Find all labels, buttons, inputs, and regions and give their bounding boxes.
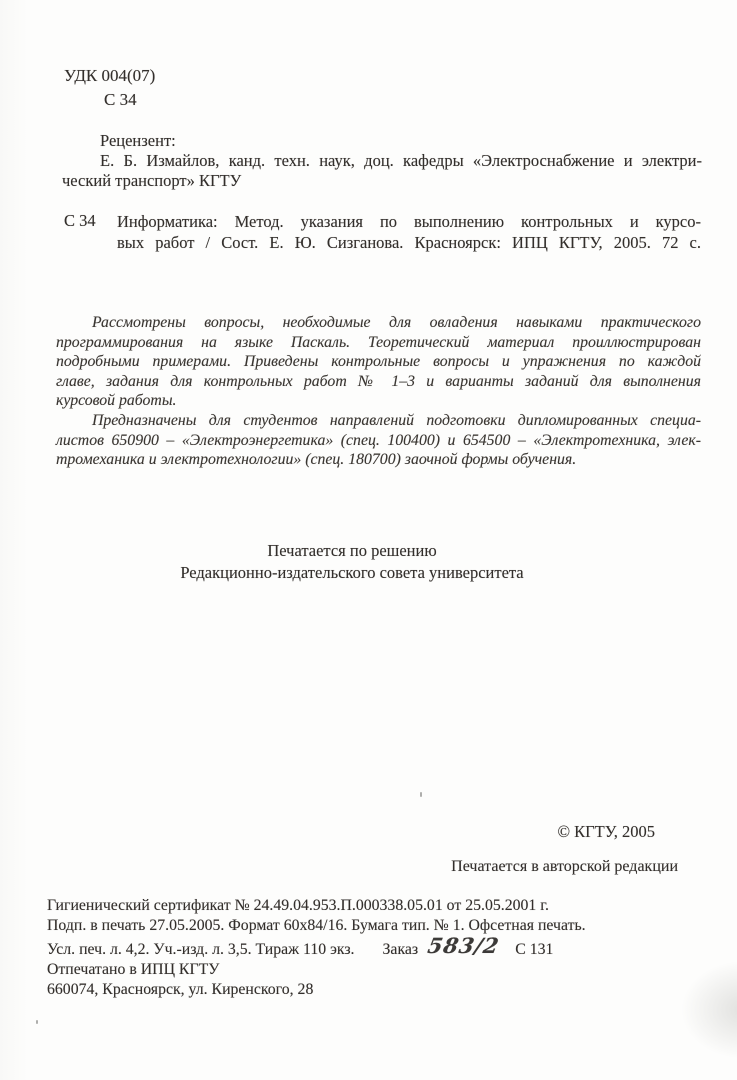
- bibliographic-line: Информатика: Метод. указания по выполнен…: [117, 211, 701, 232]
- order-number-handwritten: 583/2: [426, 936, 501, 956]
- publication-decision: Печатается по решению Редакционно-издате…: [55, 540, 649, 583]
- bibliographic-code: С 34: [64, 211, 96, 231]
- order-label: Заказ: [383, 940, 419, 960]
- order-code: С 131: [515, 940, 553, 960]
- reviewer-line: ческий транспорт» КГТУ: [62, 171, 702, 191]
- edition-note: Печатается в авторской редакции: [451, 858, 678, 876]
- reviewer-block: Рецензент: Е. Б. Измайлов, канд. техн. н…: [62, 131, 702, 191]
- scan-speck: [36, 1020, 38, 1024]
- abstract-line: подробными примерами. Приведены контроль…: [56, 352, 701, 372]
- volume-info: Усл. печ. л. 4,2. Уч.-изд. л. 3,5. Тираж…: [47, 940, 355, 960]
- scanned-book-imprint-page: УДК 004(07) С 34 Рецензент: Е. Б. Измайл…: [0, 0, 737, 1080]
- bibliographic-line: вых работ / Сост. Е. Ю. Сизганова. Красн…: [117, 232, 701, 253]
- copyright-notice: © КГТУ, 2005: [557, 822, 655, 842]
- publication-decision-line: Редакционно-издательского совета универс…: [55, 562, 649, 584]
- abstract-line: программирования на языке Паскаль. Теоре…: [56, 333, 701, 353]
- udc-code: УДК 004(07): [64, 66, 155, 86]
- scan-speck: [420, 792, 422, 797]
- abstract-line: листов 650900 – «Электроэнергетика» (спе…: [56, 431, 701, 451]
- imprint-block: Гигиенический сертификат № 24.49.04.953.…: [47, 896, 707, 1000]
- abstract-line: тромеханика и электротехнологии» (спец. …: [56, 450, 701, 470]
- address-line: 660074, Красноярск, ул. Киренского, 28: [47, 980, 707, 1000]
- order-line: Усл. печ. л. 4,2. Уч.-изд. л. 3,5. Тираж…: [47, 937, 707, 960]
- certificate-line: Гигиенический сертификат № 24.49.04.953.…: [47, 896, 707, 916]
- abstract-line: Предназначены для студентов направлений …: [56, 411, 701, 431]
- publication-decision-line: Печатается по решению: [55, 540, 649, 562]
- abstract-line: Рассмотрены вопросы, необходимые для овл…: [56, 313, 701, 333]
- print-info-line: Подп. в печать 27.05.2005. Формат 60х84/…: [47, 916, 707, 936]
- reviewer-line: Е. Б. Измайлов, канд. техн. наук, доц. к…: [100, 151, 702, 171]
- bibliographic-entry: Информатика: Метод. указания по выполнен…: [117, 211, 701, 253]
- abstract-line: курсовой работы.: [56, 391, 701, 411]
- abstract-line: главе, задания для контрольных работ № 1…: [56, 372, 701, 392]
- abstract-block: Рассмотрены вопросы, необходимые для овл…: [56, 313, 701, 470]
- printed-at-line: Отпечатано в ИПЦ КГТУ: [47, 960, 707, 980]
- classification-code: С 34: [104, 90, 137, 110]
- reviewer-label: Рецензент:: [100, 131, 702, 151]
